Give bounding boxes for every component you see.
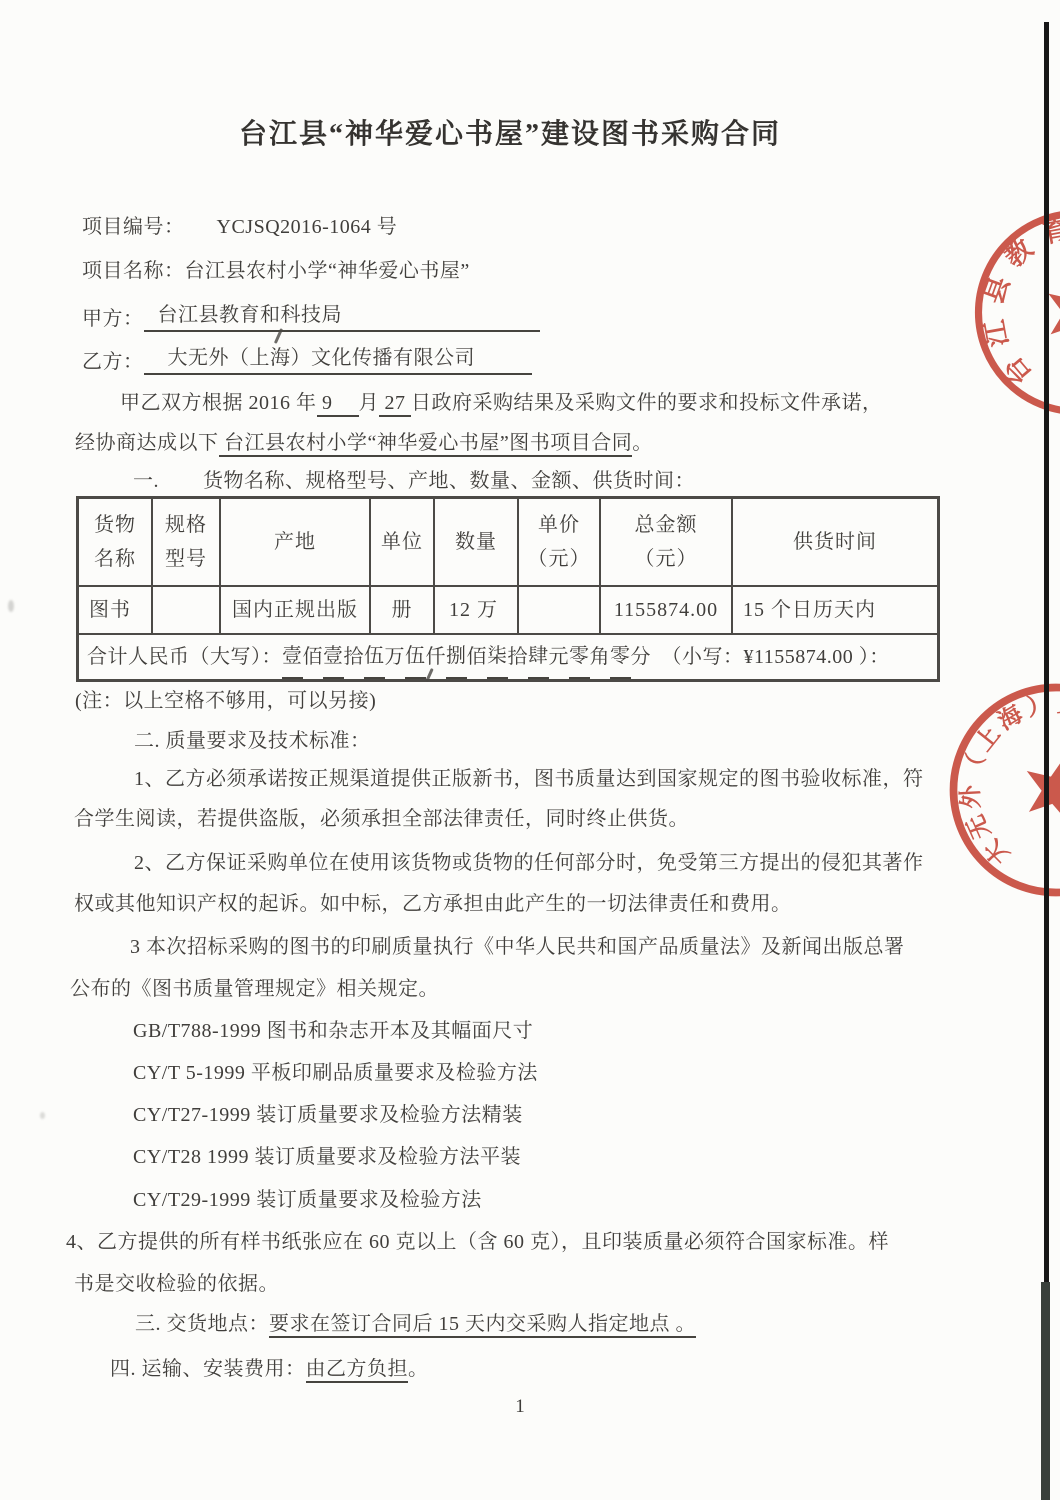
standard-item-cyt29: CY/T29-1999 装订质量要求及检验方法 <box>133 1187 482 1213</box>
scan-edge-line <box>1044 22 1049 1500</box>
party-a-label: 甲方： <box>82 308 144 330</box>
goods-table-cell-unit-price <box>519 587 601 635</box>
goods-table-header-goods-name: 货物 名称 <box>79 499 153 587</box>
page-number: 1 <box>0 1396 1040 1418</box>
project-number-line: 项目编号：YCJSQ2016-1064 号 <box>82 214 397 240</box>
goods-table-header-origin: 产地 <box>221 499 371 587</box>
project-name-label: 项目名称： <box>82 260 185 282</box>
standard-item-cyt28: CY/T28 1999 装订质量要求及检验方法平装 <box>133 1144 521 1170</box>
goods-table-cell-origin: 国内正规出版 <box>221 587 371 635</box>
party-b-label: 乙方： <box>82 351 144 373</box>
party-b-line: 乙方：大无外（上海）文化传播有限公司 <box>82 345 532 375</box>
standard-item-cyt5: CY/T 5-1999 平板印刷品质量要求及检验方法 <box>133 1060 538 1086</box>
party-a-line: 甲方：台江县教育和科技局 <box>82 302 540 332</box>
goods-table-header-delivery-time: 供货时间 <box>733 499 937 587</box>
standard-item-gbt788: GB/T788-1999 图书和杂志开本及其幅面尺寸 <box>133 1018 533 1044</box>
section-1-heading-text: 货物名称、规格型号、产地、数量、金额、供货时间： <box>203 470 695 492</box>
section-2-paragraph-2a: 2、乙方保证采购单位在使用该货物或货物的任何部分时，免受第三方提出的侵犯其著作 <box>134 850 924 876</box>
goods-table-total-row: 合计人民币（大写）：壹佰壹拾伍万伍仟捌佰柒拾肆元零角零分 （小写：¥115587… <box>79 635 937 679</box>
section-2-paragraph-1b: 合学生阅读，若提供盗版，必须承担全部法律责任，同时终止供货。 <box>74 806 689 832</box>
goods-table-header-total-amount: 总金额 （元） <box>601 499 733 587</box>
project-number-value: YCJSQ2016-1064 号 <box>217 216 398 238</box>
goods-table: 货物 名称 规格 型号 产地 单位 数量 单价 （元） 总金额 （元） 供货时间… <box>76 496 940 682</box>
goods-table-header-quantity: 数量 <box>435 499 519 587</box>
scan-smudge <box>8 600 14 612</box>
contract-title: 台江县“神华爱心书屋”建设图书采购合同 <box>0 112 1020 152</box>
section-2-heading: 二. 质量要求及技术标准： <box>134 728 371 754</box>
goods-table-cell-unit: 册 <box>371 587 435 635</box>
scan-edge-line-bottom <box>1041 1282 1050 1500</box>
goods-table-header-unit-price: 单价 （元） <box>519 499 601 587</box>
party-b-value: 大无外（上海）文化传播有限公司 <box>144 345 532 375</box>
goods-table-cell-delivery-time: 15 个日历天内 <box>733 587 937 635</box>
section-1-number: 一. <box>133 470 159 492</box>
goods-table-cell-quantity: 12 万 <box>435 587 519 635</box>
standard-item-cyt27: CY/T27-1999 装订质量要求及检验方法精装 <box>133 1102 523 1128</box>
seal-star-icon <box>1048 279 1060 345</box>
goods-table-cell-total-amount: 1155874.00 <box>601 587 733 635</box>
goods-table-header-spec-model: 规格 型号 <box>153 499 221 587</box>
goods-table-cell-goods-name: 图书 <box>79 587 153 635</box>
goods-table-header-unit: 单位 <box>371 499 435 587</box>
section-2-paragraph-3b: 公布的《图书质量管理规定》相关规定。 <box>70 976 439 1002</box>
section-2-paragraph-1a: 1、乙方必须承诺按正规渠道提供正版新书，图书质量达到国家规定的图书验收标准，符 <box>134 766 924 792</box>
scanned-contract-page: 台江县“神华爱心书屋”建设图书采购合同 项目编号：YCJSQ2016-1064 … <box>0 0 1060 1500</box>
section-1-heading: 一.货物名称、规格型号、产地、数量、金额、供货时间： <box>133 468 695 494</box>
project-number-label: 项目编号： <box>82 216 185 238</box>
table-note: (注：以上空格不够用，可以另接) <box>75 688 376 714</box>
section-2-paragraph-2b: 权或其他知识产权的起诉。如中标，乙方承担由此产生的一切法律责任和费用。 <box>74 891 792 917</box>
section-2-paragraph-4b: 书是交收检验的依据。 <box>74 1271 279 1297</box>
intro-line-1: 甲乙双方根据 2016 年 9 月 27 日政府采购结果及采购文件的要求和投标文… <box>120 390 883 416</box>
project-name-value: 台江县农村小学“神华爱心书屋” <box>185 260 470 282</box>
section-2-paragraph-4a: 4、乙方提供的所有样书纸张应在 60 克以上（含 60 克），且印装质量必须符合… <box>66 1229 889 1255</box>
project-name-line: 项目名称：台江县农村小学“神华爱心书屋” <box>82 258 470 284</box>
intro-line-2: 经协商达成以下 台江县农村小学“神华爱心书屋”图书项目合同。 <box>75 430 653 456</box>
goods-table-cell-spec-model <box>153 587 221 635</box>
section-2-paragraph-3a: 3 本次招标采购的图书的印刷质量执行《中华人民共和国产品质量法》及新闻出版总署 <box>130 934 905 960</box>
company-seal-stamp: 大无外（上海）文化传播有限公司 <box>933 667 1060 913</box>
scan-smudge <box>40 1112 45 1119</box>
party-a-value: 台江县教育和科技局 <box>144 302 540 332</box>
section-3-line: 三. 交货地点：要求在签订合同后 15 天内交采购人指定地点 。 <box>135 1311 696 1337</box>
section-4-line: 四. 运输、安装费用：由乙方负担。 <box>110 1356 429 1382</box>
